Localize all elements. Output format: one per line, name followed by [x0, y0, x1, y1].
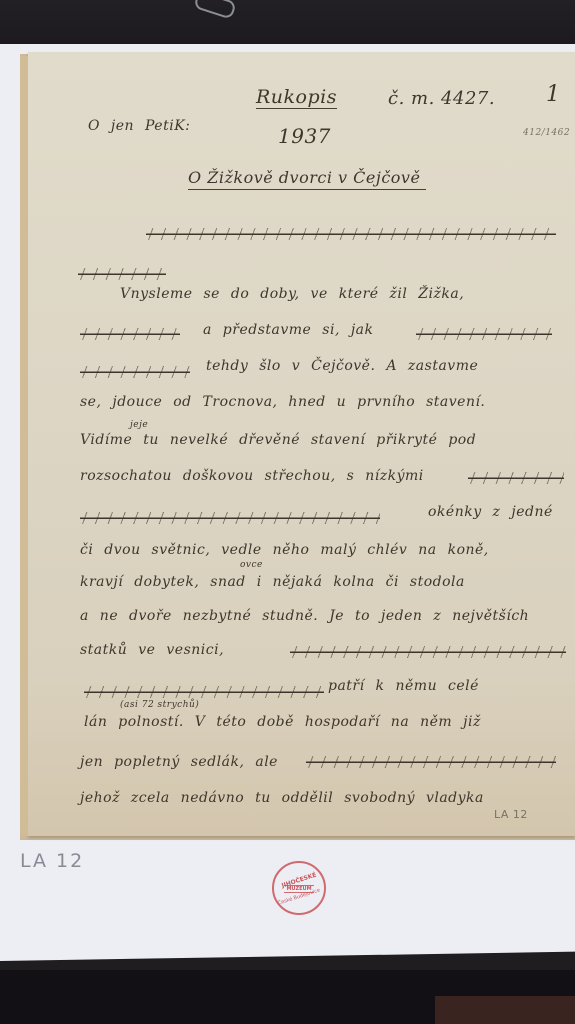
manuscript-line: rozsochatou doškovou střechou, s nízkými	[80, 468, 424, 484]
reference-number: č. m. 4427.	[388, 88, 495, 109]
struck-out-line	[290, 646, 566, 658]
struck-out-line	[84, 686, 324, 698]
manuscript-line: lán polností. V této době hospodaří na n…	[84, 714, 481, 730]
struck-out-word	[416, 328, 552, 340]
manuscript-line: kravjí dobytek, snad i nějaká kolna či s…	[80, 574, 465, 590]
manuscript-line: se, jdouce od Trocnova, hned u prvního s…	[80, 394, 485, 410]
manuscript-line: okénky z jedné	[428, 504, 553, 520]
manuscript-line: patří k němu celé	[328, 678, 479, 694]
paper-catalog-label: LA 12	[494, 808, 528, 821]
interlinear-insertion: ovce	[240, 560, 263, 570]
manuscript-line: a představme si, jak	[203, 322, 374, 338]
manuscript-line: Vnysleme se do doby, ve které žil Žižka,	[120, 286, 464, 302]
struck-out-word	[468, 472, 564, 484]
struck-out-line	[146, 228, 556, 240]
interlinear-insertion: (asi 72 strychů)	[120, 700, 199, 710]
manuscript-page: O jen PetiK: Rukopis 1937 č. m. 4427. 1 …	[28, 52, 575, 836]
struck-out-word	[80, 328, 180, 340]
struck-out-word	[78, 268, 166, 280]
manuscript-line: či dvou světnic, vedle něho malý chlév n…	[80, 542, 489, 558]
manuscript-line: statků ve vesnici,	[80, 642, 224, 658]
struck-out-line	[80, 512, 380, 524]
dark-backdrop-top	[0, 0, 575, 46]
manuscript-line: jen popletný sedlák, ale	[80, 754, 278, 770]
heading-rukopis: Rukopis	[256, 86, 337, 109]
struck-out-word	[80, 366, 190, 378]
dark-backdrop-bottom	[0, 970, 575, 1024]
paper-edge	[20, 56, 28, 836]
page-number: 1	[546, 82, 561, 107]
pencil-inventory-note: 412/1462	[523, 128, 570, 138]
backdrop-object	[435, 996, 575, 1024]
mount-catalog-label: LA 12	[20, 850, 84, 872]
paperclip-icon	[193, 0, 237, 20]
manuscript-line: Vidíme tu nevelké dřevěné stavení přikry…	[80, 432, 476, 448]
struck-out-line	[306, 756, 556, 768]
manuscript-line: tehdy šlo v Čejčově. A zastavme	[206, 358, 478, 374]
manuscript-title: O Žižkově dvorci v Čejčově	[188, 168, 426, 190]
author-note: O jen PetiK:	[88, 118, 190, 134]
year: 1937	[278, 124, 331, 148]
manuscript-line: jehož zcela nedávno tu oddělil svobodný …	[80, 790, 484, 806]
interlinear-insertion: jeje	[130, 420, 148, 430]
museum-stamp: JIHOČESKÉ MUZEUM České Budějovice	[272, 861, 326, 915]
manuscript-line: a ne dvoře nezbytné studně. Je to jeden …	[80, 608, 529, 624]
